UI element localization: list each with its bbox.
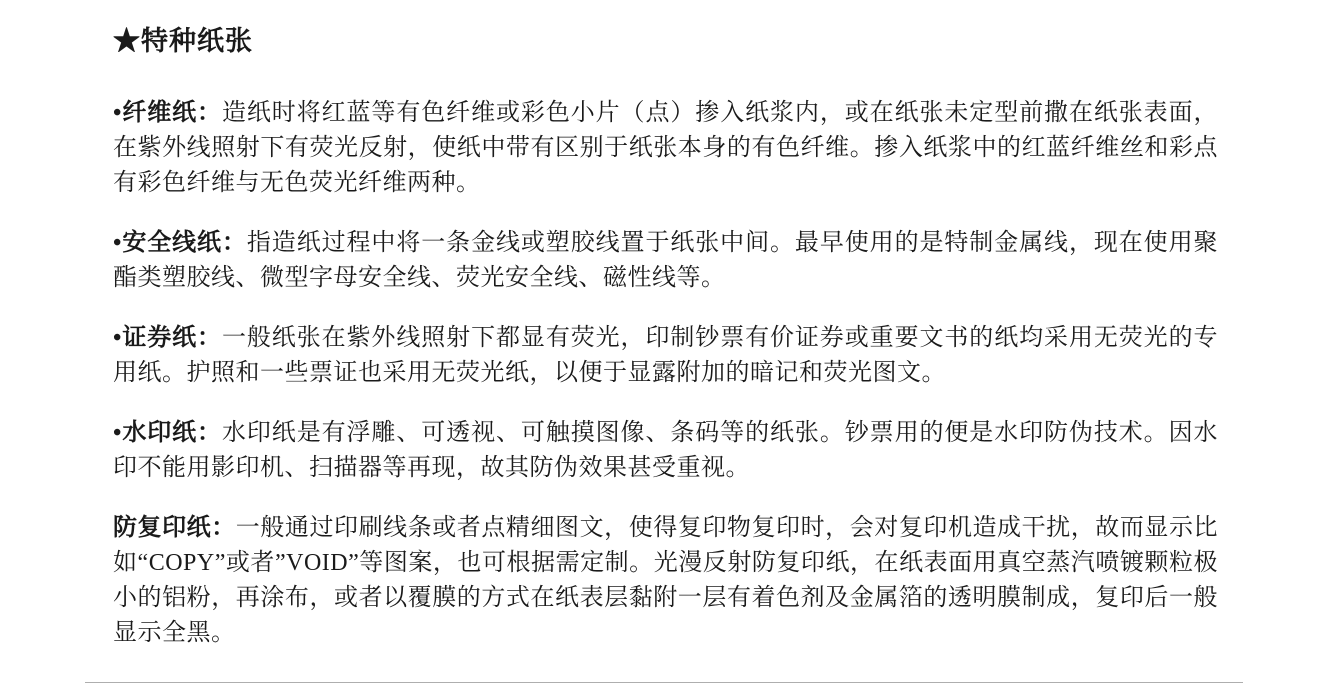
paragraph-term: 防复印纸： xyxy=(113,515,236,541)
bullet-icon: • xyxy=(113,420,122,446)
term-text: 安全线纸： xyxy=(122,230,247,256)
paragraph-body: 水印纸是有浮雕、可透视、可触摸图像、条码等的纸张。钞票用的便是水印防伪技术。因水… xyxy=(113,420,1218,481)
paragraph-term: •证券纸： xyxy=(113,325,222,351)
paragraph-anticopy-paper: 防复印纸：一般通过印刷线条或者点精细图文，使得复印物复印时，会对复印机造成干扰，… xyxy=(113,511,1218,651)
paragraph-term: •纤维纸： xyxy=(113,100,222,126)
term-text: 证券纸： xyxy=(122,325,222,351)
page-bottom-border xyxy=(85,682,1243,683)
bullet-icon: • xyxy=(113,100,122,126)
paragraph-body: 一般纸张在紫外线照射下都显有荧光，印制钞票有价证券或重要文书的纸均采用无荧光的专… xyxy=(113,325,1218,386)
paragraph-term: •安全线纸： xyxy=(113,230,247,256)
bullet-icon: • xyxy=(113,230,122,256)
paragraph-term: •水印纸： xyxy=(113,420,222,446)
document-body: ★特种纸张 •纤维纸：造纸时将红蓝等有色纤维或彩色小片（点）掺入纸浆内，或在纸张… xyxy=(113,24,1218,676)
paragraph-security-thread-paper: •安全线纸：指造纸过程中将一条金线或塑胶线置于纸张中间。最早使用的是特制金属线，… xyxy=(113,226,1218,296)
term-text: 水印纸： xyxy=(122,420,222,446)
paragraph-body: 造纸时将红蓝等有色纤维或彩色小片（点）掺入纸浆内，或在纸张未定型前撒在纸张表面，… xyxy=(113,100,1218,196)
paragraph-watermark-paper: •水印纸：水印纸是有浮雕、可透视、可触摸图像、条码等的纸张。钞票用的便是水印防伪… xyxy=(113,416,1218,486)
star-icon: ★ xyxy=(113,26,141,56)
page-title: ★特种纸张 xyxy=(113,24,1218,58)
bullet-icon: • xyxy=(113,325,122,351)
page-title-text: 特种纸张 xyxy=(141,26,253,56)
paragraph-fiber-paper: •纤维纸：造纸时将红蓝等有色纤维或彩色小片（点）掺入纸浆内，或在纸张未定型前撒在… xyxy=(113,96,1218,201)
term-text: 防复印纸： xyxy=(113,515,236,541)
paragraph-body: 指造纸过程中将一条金线或塑胶线置于纸张中间。最早使用的是特制金属线，现在使用聚酯… xyxy=(113,230,1218,291)
paragraph-bond-paper: •证券纸：一般纸张在紫外线照射下都显有荧光，印制钞票有价证券或重要文书的纸均采用… xyxy=(113,321,1218,391)
paragraph-body: 一般通过印刷线条或者点精细图文，使得复印物复印时，会对复印机造成干扰，故而显示比… xyxy=(113,515,1218,646)
term-text: 纤维纸： xyxy=(122,100,222,126)
